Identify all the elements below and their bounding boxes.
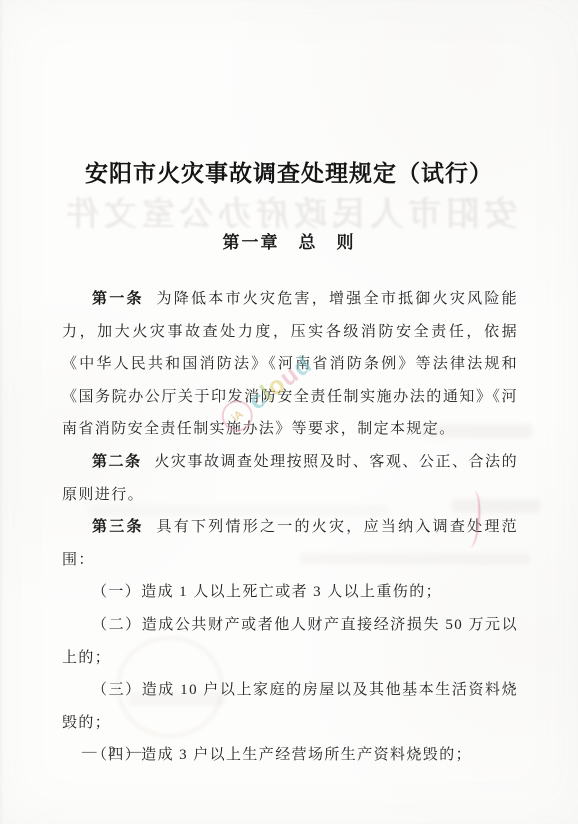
bleedthrough-seal-circle <box>116 636 224 738</box>
bleedthrough-smudge <box>300 553 530 565</box>
bleedthrough-smudge <box>420 424 532 438</box>
scanned-document-page: 安阳市人民政府办公室文件 安阳市火灾事故调查处理规定（试行） 第一章 总 则 第… <box>0 0 578 824</box>
clause-item-1: （一）造成 1 人以上死亡或者 3 人以上重伤的； <box>62 576 518 609</box>
article-3-number: 第三条 <box>92 518 144 535</box>
document-title: 安阳市火灾事故调查处理规定（试行） <box>0 155 578 188</box>
page-number: — 2 — <box>82 744 146 761</box>
chapter-heading: 第一章 总 则 <box>0 228 578 253</box>
bleedthrough-smudge <box>128 692 224 706</box>
bleedthrough-smudge <box>88 505 388 516</box>
article-1-number: 第一条 <box>92 290 144 307</box>
bleedthrough-smudge <box>452 499 540 513</box>
article-1-text: 为降低本市火灾危害，增强全市抵御火灾风险能力，加大火灾事故查处力度，压实各级消防… <box>62 291 518 437</box>
article-2-number: 第二条 <box>92 453 142 470</box>
article-3: 第三条具有下列情形之一的火灾，应当纳入调查处理范围： <box>62 511 518 576</box>
article-1: 第一条为降低本市火灾危害，增强全市抵御火灾风险能力，加大火灾事故查处力度，压实各… <box>62 283 518 446</box>
article-2: 第二条火灾事故调查处理按照及时、客观、公正、合法的原则进行。 <box>62 446 518 511</box>
